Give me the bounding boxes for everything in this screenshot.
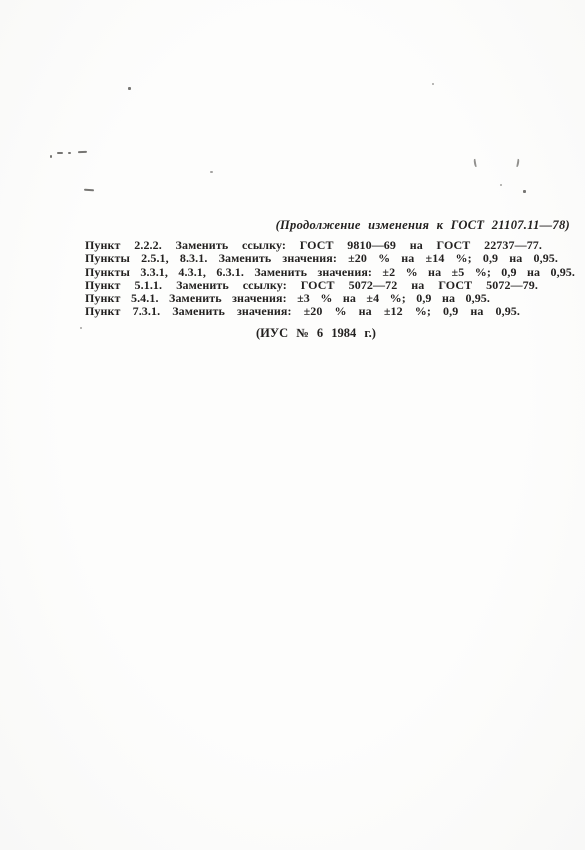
amendment-line: Пункт 7.3.1. Заменить значения: ±20 % на… <box>85 305 520 318</box>
continuation-note: (Продолжение изменения к ГОСТ 21107.11—7… <box>0 218 570 233</box>
scan-speck <box>516 159 519 167</box>
amendment-line: Пункт 5.1.1. Заменить ссылку: ГОСТ 5072—… <box>85 279 538 292</box>
scan-speck <box>57 152 63 154</box>
scan-speck <box>80 327 82 329</box>
document-page: (Продолжение изменения к ГОСТ 21107.11—7… <box>0 0 585 850</box>
amendment-text-block: Пункт 2.2.2. Заменить ссылку: ГОСТ 9810—… <box>85 239 577 319</box>
amendment-line: Пункт 2.2.2. Заменить ссылку: ГОСТ 9810—… <box>85 239 542 252</box>
amendment-line: Пункты 3.3.1, 4.3.1, 6.3.1. Заменить зна… <box>85 266 575 279</box>
scan-speck <box>78 151 87 153</box>
scan-speck <box>523 190 526 193</box>
scan-speck <box>210 171 213 173</box>
amendment-line: Пункты 2.5.1, 8.3.1. Заменить значения: … <box>85 252 558 265</box>
scan-speck <box>68 152 71 154</box>
scan-speck <box>500 184 502 186</box>
scan-speck <box>473 159 476 167</box>
scan-speck <box>432 83 434 85</box>
ius-note: (ИУС № 6 1984 г.) <box>85 326 547 341</box>
amendment-line: Пункт 5.4.1. Заменить значения: ±3 % на … <box>85 292 490 305</box>
scan-speck <box>84 189 94 192</box>
scan-speck <box>128 87 131 90</box>
scan-speck <box>50 155 52 158</box>
